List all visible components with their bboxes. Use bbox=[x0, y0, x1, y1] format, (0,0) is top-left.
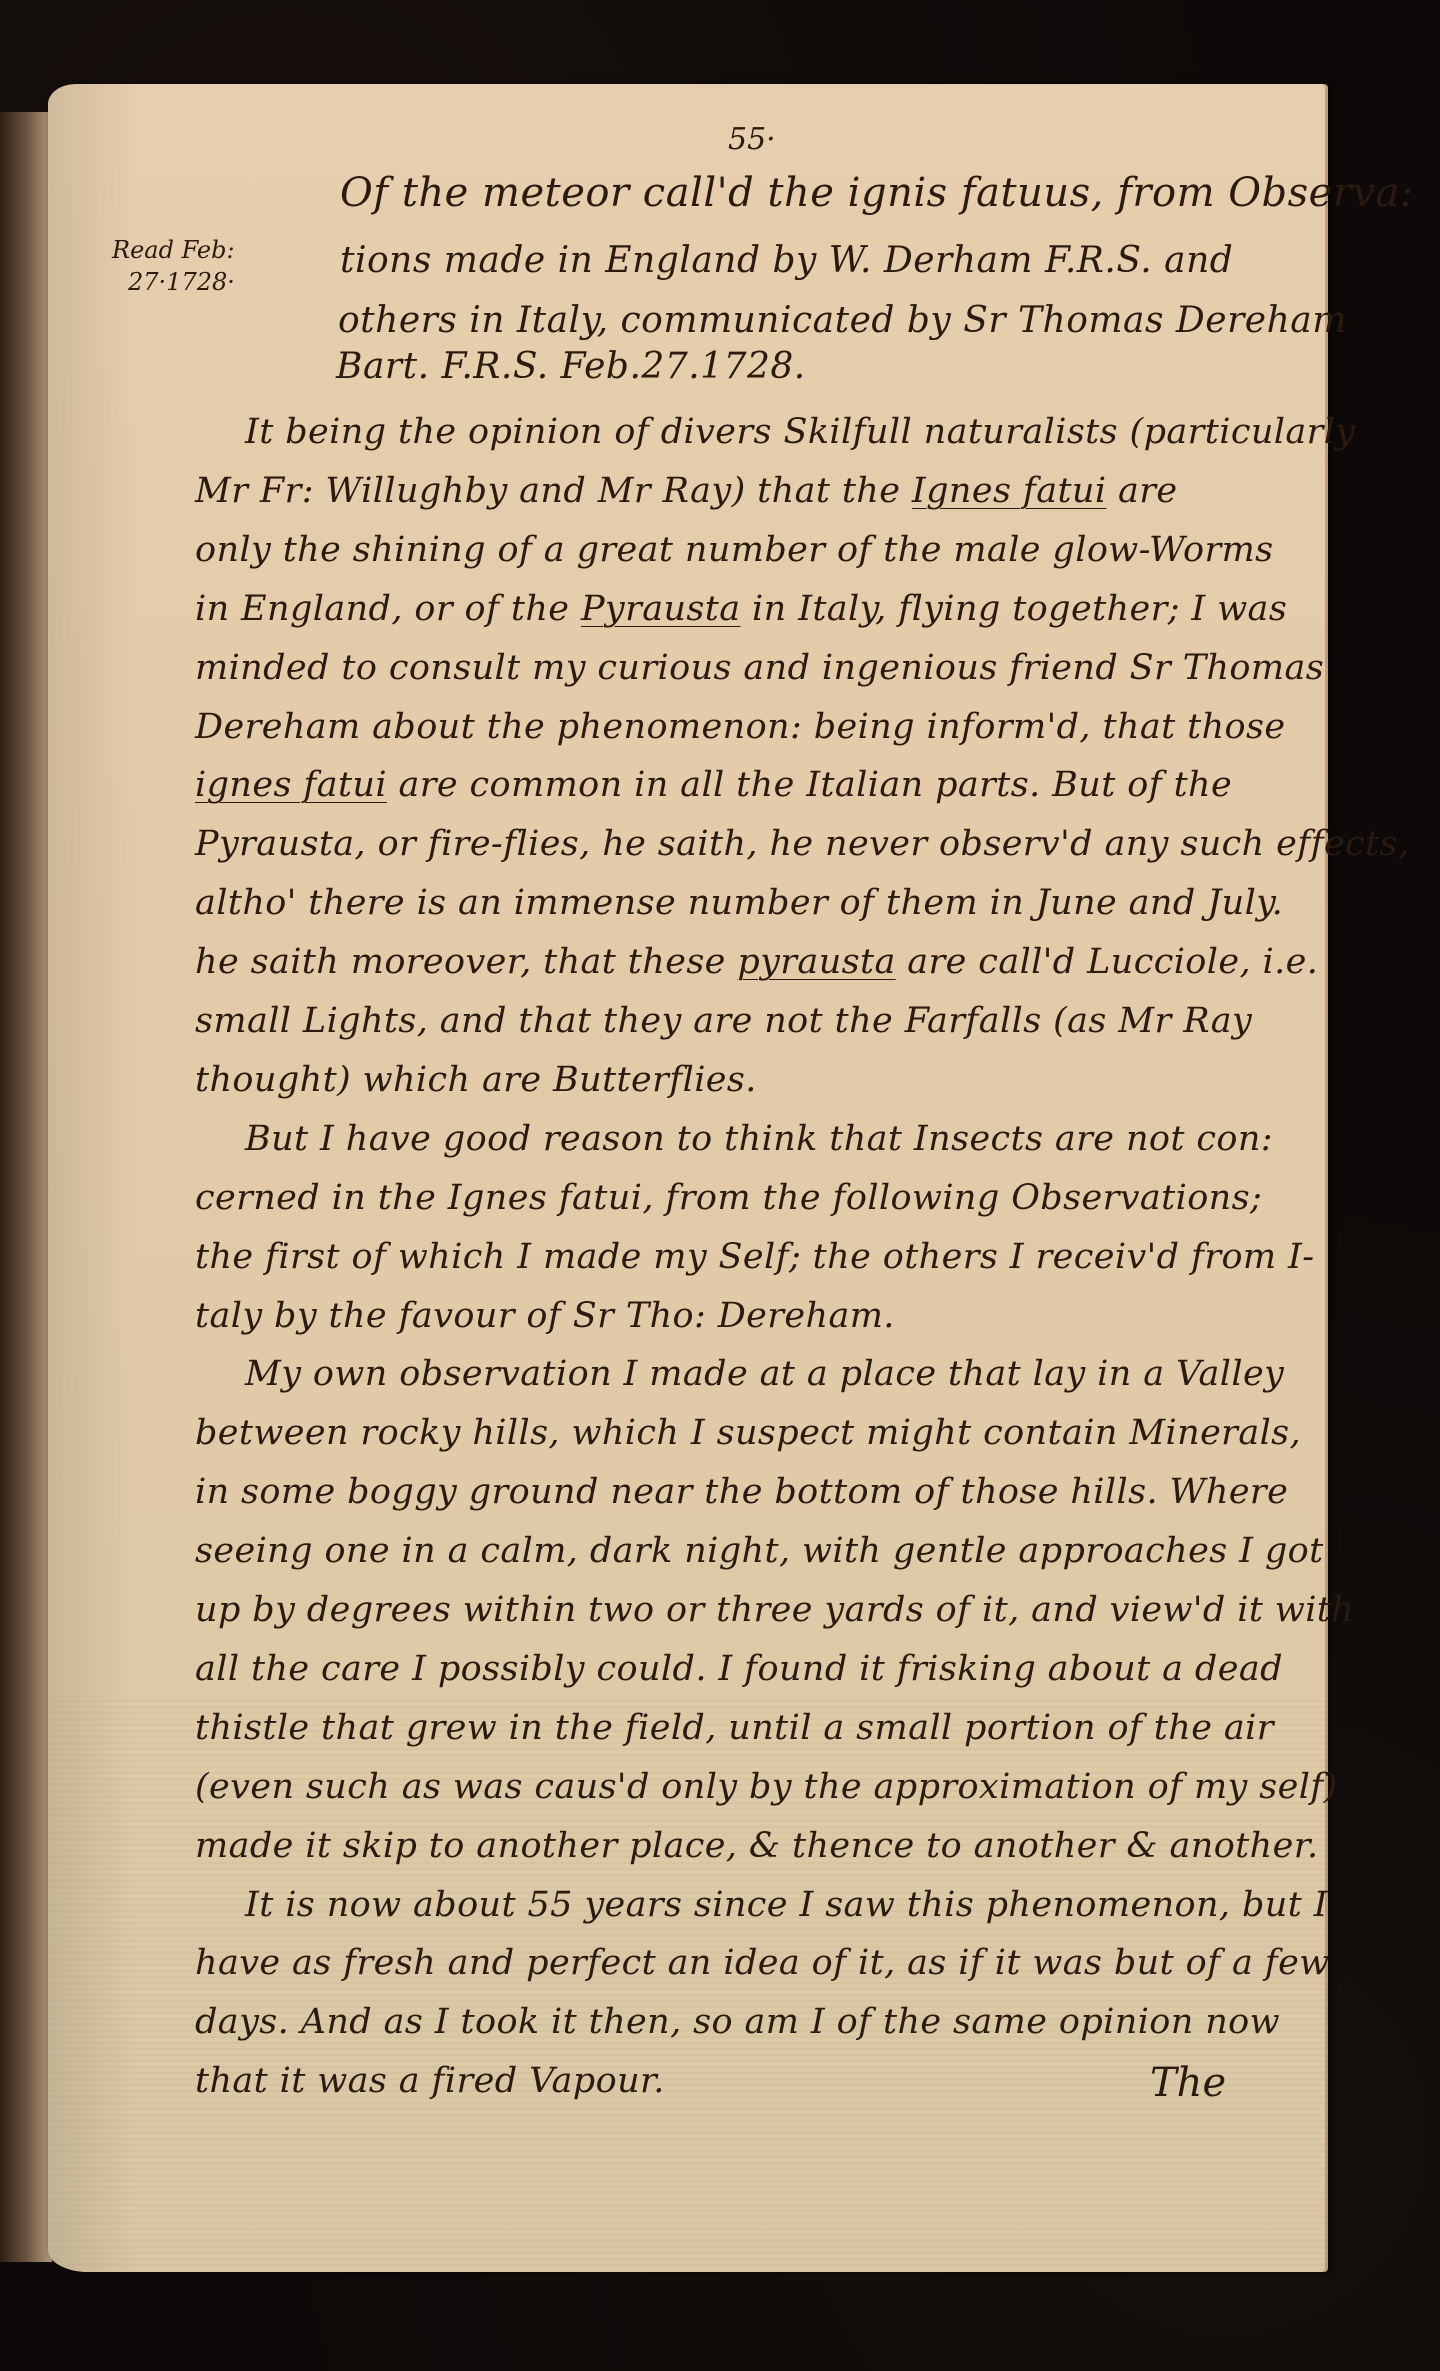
body-line: (even such as was caus'd only by the app… bbox=[195, 1767, 1338, 1807]
body-line: seeing one in a calm, dark night, with g… bbox=[195, 1531, 1324, 1571]
body-line: My own observation I made at a place tha… bbox=[245, 1354, 1284, 1394]
title-line-3: others in Italy, communicated by Sr Thom… bbox=[338, 300, 1347, 341]
body-line: altho' there is an immense number of the… bbox=[195, 883, 1283, 923]
body-line: cerned in the Ignes fatui, from the foll… bbox=[195, 1178, 1262, 1218]
body-line: he saith moreover, that these pyrausta a… bbox=[195, 942, 1318, 982]
body-line: that it was a fired Vapour. bbox=[195, 2061, 665, 2101]
body-line: up by degrees within two or three yards … bbox=[195, 1590, 1354, 1630]
marginal-note-read: Read Feb: bbox=[112, 236, 235, 264]
underlined-term: pyrausta bbox=[737, 942, 895, 982]
catchword: The bbox=[1150, 2060, 1226, 2106]
body-line: the first of which I made my Self; the o… bbox=[195, 1237, 1315, 1277]
binding-gutter bbox=[0, 112, 52, 2262]
title-line-1: Of the meteor call'd the ignis fatuus, f… bbox=[340, 170, 1414, 216]
body-line: taly by the favour of Sr Tho: Dereham. bbox=[195, 1296, 895, 1336]
marginal-note-date: 27·1728· bbox=[128, 268, 235, 296]
body-line: Mr Fr: Willughby and Mr Ray) that the Ig… bbox=[195, 471, 1178, 511]
body-line: have as fresh and perfect an idea of it,… bbox=[195, 1943, 1330, 1983]
body-line: days. And as I took it then, so am I of … bbox=[195, 2002, 1280, 2042]
body-line: It is now about 55 years since I saw thi… bbox=[245, 1885, 1328, 1925]
body-line: But I have good reason to think that Ins… bbox=[245, 1119, 1273, 1159]
page-number: 55· bbox=[728, 122, 776, 157]
body-line: It being the opinion of divers Skilfull … bbox=[245, 412, 1356, 452]
body-line: only the shining of a great number of th… bbox=[195, 530, 1274, 570]
body-line: Dereham about the phenomenon: being info… bbox=[195, 707, 1285, 747]
title-line-4: Bart. F.R.S. Feb.27.1728. bbox=[336, 346, 806, 387]
body-line: Pyrausta, or fire-flies, he saith, he ne… bbox=[195, 824, 1409, 864]
body-line: in some boggy ground near the bottom of … bbox=[195, 1472, 1288, 1512]
body-line: thought) which are Butterflies. bbox=[195, 1060, 757, 1100]
body-line: between rocky hills, which I suspect mig… bbox=[195, 1413, 1301, 1453]
title-line-2: tions made in England by W. Derham F.R.S… bbox=[340, 240, 1233, 281]
body-line: ignes fatui are common in all the Italia… bbox=[195, 765, 1232, 805]
body-line: thistle that grew in the field, until a … bbox=[195, 1708, 1274, 1748]
underlined-term: Ignes fatui bbox=[912, 471, 1107, 511]
body-line: small Lights, and that they are not the … bbox=[195, 1001, 1252, 1041]
body-line: made it skip to another place, & thence … bbox=[195, 1826, 1319, 1866]
body-line: minded to consult my curious and ingenio… bbox=[195, 648, 1324, 688]
body-line: in England, or of the Pyrausta in Italy,… bbox=[195, 589, 1287, 629]
body-line: all the care I possibly could. I found i… bbox=[195, 1649, 1283, 1689]
underlined-term: ignes fatui bbox=[195, 765, 387, 805]
underlined-term: Pyrausta bbox=[581, 589, 741, 629]
